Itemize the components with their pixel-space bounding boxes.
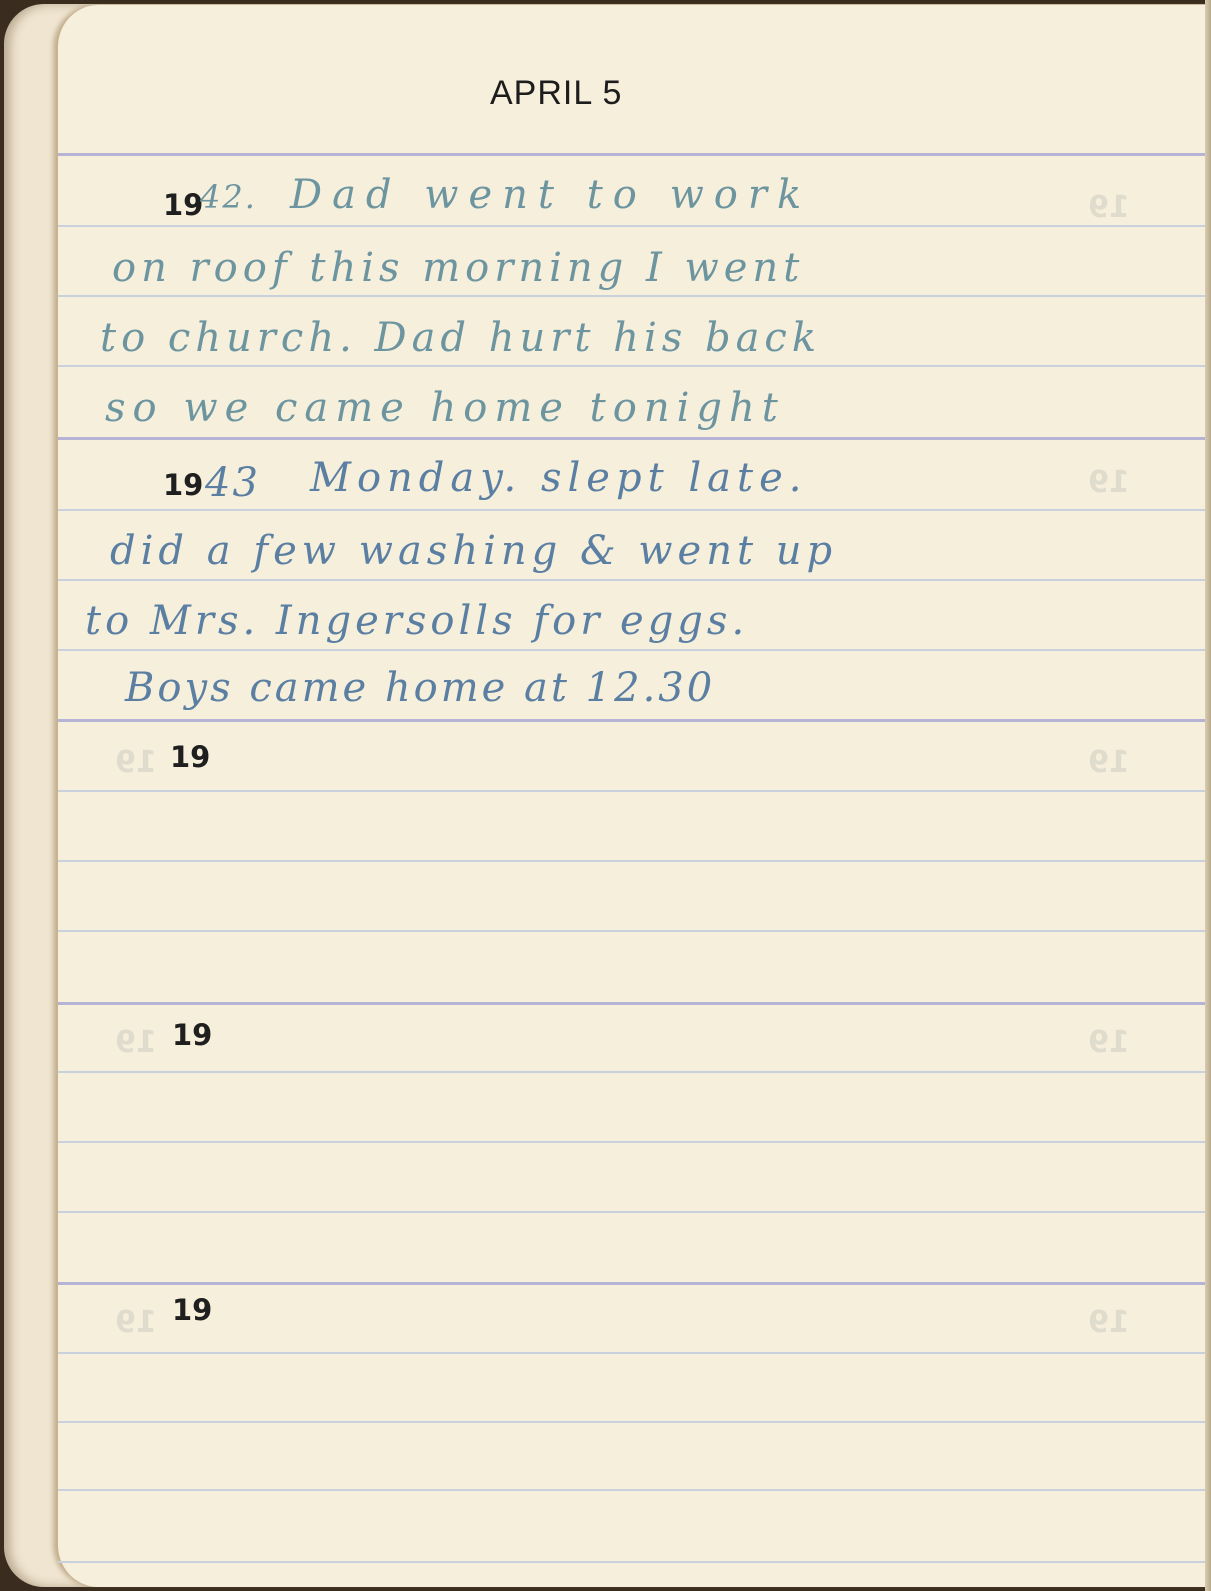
entry-line: so we came home tonight [105, 385, 785, 431]
rule-line [58, 930, 1211, 932]
entry-line: to Mrs. Ingersolls for eggs. [85, 598, 748, 644]
year-prefix: 19 [172, 1018, 212, 1052]
bleed-through-year: 19 [115, 745, 157, 780]
entry-line: to church. Dad hurt his back [100, 315, 821, 361]
bleed-through-year: 19 [1088, 745, 1130, 780]
rule-line [58, 1561, 1211, 1563]
year-prefix: 19 [172, 1293, 212, 1327]
rule-line [58, 1489, 1211, 1491]
year-suffix-handwritten: 43 [205, 460, 260, 506]
bleed-through-year: 19 [115, 1025, 157, 1060]
section-separator-1 [58, 153, 1211, 156]
rule-line [58, 860, 1211, 862]
rule-line [58, 1421, 1211, 1423]
rule-line [58, 1211, 1211, 1213]
rule-line [58, 579, 1211, 581]
bleed-through-year: 19 [1088, 190, 1130, 225]
bleed-through-year: 19 [1088, 1305, 1130, 1340]
page-edge [1205, 0, 1211, 1591]
section-separator-2 [58, 437, 1211, 440]
year-prefix: 19 [163, 468, 203, 502]
diary-scan: 19 19 19 19 19 19 19 19 APRIL 5 19 42. D… [0, 0, 1211, 1591]
date-heading: APRIL 5 [490, 74, 622, 113]
rule-line [58, 365, 1211, 367]
rule-line [58, 790, 1211, 792]
rule-line [58, 649, 1211, 651]
rule-line [58, 509, 1211, 511]
bleed-through-year: 19 [1088, 465, 1130, 500]
bleed-through-year: 19 [115, 1305, 157, 1340]
section-separator-4 [58, 1002, 1211, 1005]
rule-line [58, 225, 1211, 227]
year-suffix-handwritten: 42. [200, 178, 257, 216]
year-prefix: 19 [170, 740, 210, 774]
rule-line [58, 1352, 1211, 1354]
entry-line: Boys came home at 12.30 [125, 665, 715, 711]
year-prefix: 19 [163, 188, 203, 222]
rule-line [58, 1141, 1211, 1143]
rule-line [58, 1071, 1211, 1073]
entry-line: Dad went to work [290, 172, 811, 218]
entry-line: did a few washing & went up [110, 528, 837, 574]
section-separator-5 [58, 1282, 1211, 1285]
rule-line [58, 295, 1211, 297]
bleed-through-year: 19 [1088, 1025, 1130, 1060]
diary-page [56, 5, 1211, 1587]
entry-line: on roof this morning I went [112, 245, 804, 291]
section-separator-3 [58, 719, 1211, 722]
entry-line: Monday. slept late. [310, 455, 807, 501]
